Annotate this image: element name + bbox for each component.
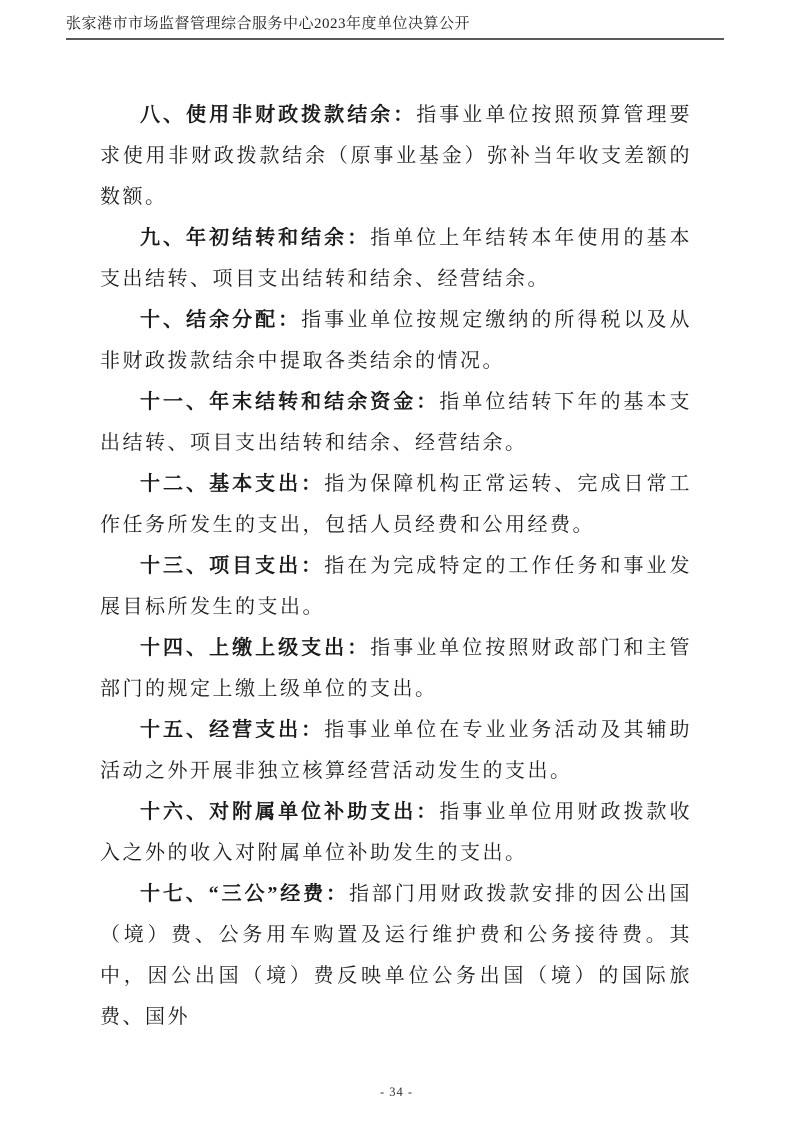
page-header: 张家港市市场监督管理综合服务中心2023年度单位决算公开 bbox=[66, 12, 724, 40]
header-title: 张家港市市场监督管理综合服务中心2023年度单位决算公开 bbox=[66, 16, 470, 32]
paragraph-item-17: 十七、“三公”经费：指部门用财政拨款安排的因公出国（境）费、公务用车购置及运行维… bbox=[100, 874, 692, 1038]
paragraph-item-12: 十二、基本支出：指为保障机构正常运转、完成日常工作任务所发生的支出，包括人员经费… bbox=[100, 464, 692, 546]
paragraph-item-10: 十、结余分配：指事业单位按规定缴纳的所得税以及从非财政拨款结余中提取各类结余的情… bbox=[100, 300, 692, 382]
term-label: 十、结余分配： bbox=[140, 309, 301, 331]
term-label: 九、年初结转和结余： bbox=[140, 227, 370, 249]
term-label: 八、使用非财政拨款结余： bbox=[140, 104, 416, 126]
term-label: 十七、“三公”经费： bbox=[140, 883, 349, 905]
term-label: 十六、对附属单位补助支出： bbox=[140, 801, 439, 823]
paragraph-item-11: 十一、年末结转和结余资金：指单位结转下年的基本支出结转、项目支出结转和结余、经营… bbox=[100, 382, 692, 464]
document-page: 张家港市市场监督管理综合服务中心2023年度单位决算公开 八、使用非财政拨款结余… bbox=[0, 0, 793, 1122]
paragraph-item-8: 八、使用非财政拨款结余：指事业单位按照预算管理要求使用非财政拨款结余（原事业基金… bbox=[100, 95, 692, 218]
paragraph-item-16: 十六、对附属单位补助支出：指事业单位用财政拨款收入之外的收入对附属单位补助发生的… bbox=[100, 792, 692, 874]
page-footer: - 34 - bbox=[0, 1085, 793, 1100]
term-label: 十四、上缴上级支出： bbox=[140, 637, 370, 659]
paragraph-item-9: 九、年初结转和结余：指单位上年结转本年使用的基本支出结转、项目支出结转和结余、经… bbox=[100, 218, 692, 300]
term-label: 十二、基本支出： bbox=[140, 473, 324, 495]
term-label: 十三、项目支出： bbox=[140, 555, 324, 577]
paragraph-item-13: 十三、项目支出：指在为完成特定的工作任务和事业发展目标所发生的支出。 bbox=[100, 546, 692, 628]
paragraph-item-15: 十五、经营支出：指事业单位在专业业务活动及其辅助活动之外开展非独立核算经营活动发… bbox=[100, 710, 692, 792]
term-label: 十五、经营支出： bbox=[140, 719, 324, 741]
document-body: 八、使用非财政拨款结余：指事业单位按照预算管理要求使用非财政拨款结余（原事业基金… bbox=[100, 95, 692, 1038]
term-label: 十一、年末结转和结余资金： bbox=[140, 391, 439, 413]
page-number: - 34 - bbox=[380, 1085, 413, 1099]
paragraph-item-14: 十四、上缴上级支出：指事业单位按照财政部门和主管部门的规定上缴上级单位的支出。 bbox=[100, 628, 692, 710]
